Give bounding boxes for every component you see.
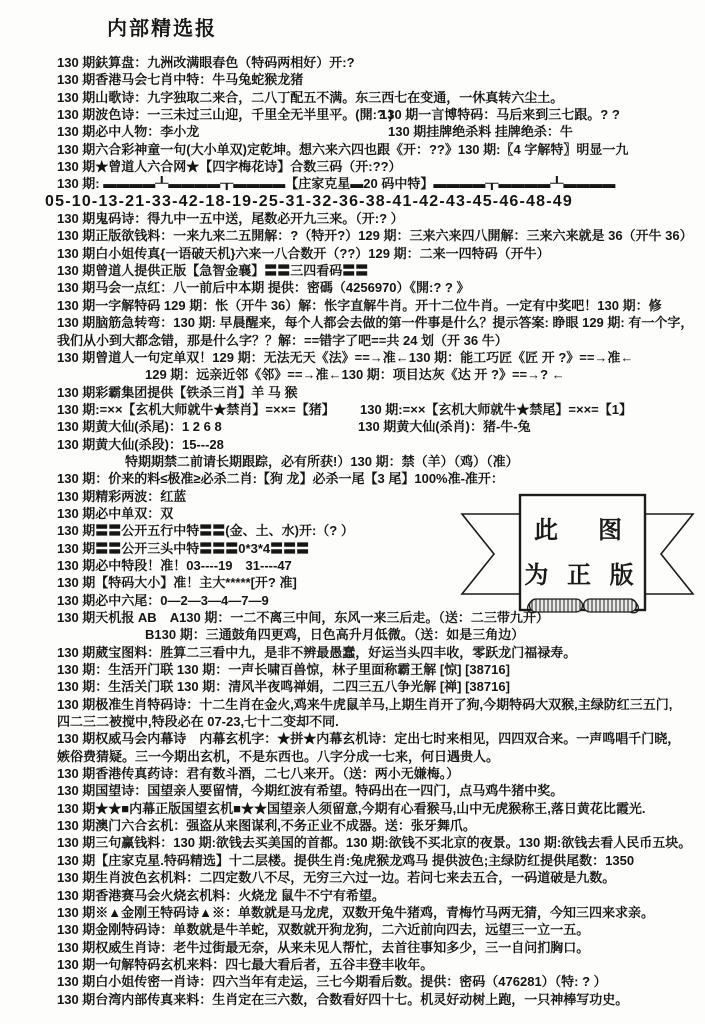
line-text: 130 期白小姐传密一肖诗：四六当年有走运，三七今期看后数。提供：密码（4762… (57, 974, 607, 989)
line-text: 130 期一句解特码玄机来料：四七最大看后者，五谷丰登丰收年。 (57, 957, 433, 972)
line-text: 05-10-13-21-33-42-18-19-25-31-32-36-38-4… (45, 193, 573, 210)
report-line: 130 期：价来的料≤极准≥必杀二肖:【狗 龙】必杀一尾【3 尾】100%准-准… (57, 470, 705, 487)
report-line: 130 期曾道人一句定单双！129 期：无法无天《法》==→准←130 期：能工… (57, 349, 705, 366)
line-text-right: 130 期:=××【玄机大师就牛★禁尾】=××=【1】 (360, 401, 632, 418)
line-text: 130 期:=××【玄机大师就牛★禁肖】=××=【猪】 (57, 402, 335, 417)
line-text: 130 期香港传真药诗：君有数斗酒，二七八来开。（送：两小无嫌梅。） (57, 766, 459, 781)
line-text: 130 期金刚特码诗：单数就是牛羊蛇，双数就开狗龙狗，二六近前向四去，远望三一立… (57, 922, 589, 937)
line-text: 130 期权威马会内幕诗 内幕玄机字：★拼★内幕玄机诗：定出七时来相见，四四双合… (57, 731, 680, 746)
line-text: 130 期★★■内幕正版国望玄机■★★国望亲人须留意,今期有心看猴马,山中无虎猴… (57, 801, 645, 816)
report-page: 内部精选报 130 期鈇算盘：九洲改满眼春色（特码两相好）开:?130 期香港马… (0, 0, 705, 1024)
report-line: 130 期六合彩神童一句(大小单双)定乾坤。想六来六四也跟《开：??》130 期… (57, 141, 705, 158)
line-text-right: 130 期一言博特码：马后来到三七跟。? ? (380, 106, 620, 123)
report-line: 130 期权威马会内幕诗 内幕玄机字：★拼★内幕玄机诗：定出七时来相见，四四双合… (57, 730, 705, 747)
line-text: 130 期【庄家克星.特码精选】十二层楼。提供生肖:兔虎猴龙鸡马 提供波色;主绿… (57, 853, 634, 868)
line-text: 130 期正版欲钱料：一来九来二五開解：?（特开?）129 期：三来六来四八開解… (57, 228, 693, 243)
line-text: 129 期：远亲近邻《邻》==→准←130 期：项目达灰《达 开 ?》==→? … (145, 367, 565, 382)
line-text: 130 期权威生肖诗：老牛过街最无奈，从来未见人帮忙，去首往事知多少，三一自问扪… (57, 940, 589, 955)
line-text: 130 期必中单双：双 (57, 506, 173, 521)
report-line: 130 期葳宝图料：胜算二三看中九，是非不辨最愚蠢，好运当头四丰收，零跃龙门福禄… (57, 644, 705, 661)
report-line: 130 期黄大仙(杀尾)：1 2 6 8130 期黄大仙(杀肖)：猪-牛-兔 (57, 418, 705, 435)
report-line: 130 期三句赢钱料：130 期:欲钱去买美国的首都。130 期:欲钱不买北京的… (57, 834, 705, 851)
line-text: 130 期波色诗：一三未过三山迎，千里全无半里平。(開:? ) (57, 107, 393, 122)
report-line: 130 期黄大仙(杀段)：15---28 (57, 436, 705, 453)
report-line: 130 期※▲金刚王特码诗▲※：单数就是马龙虎，双数开兔牛猪鸡，青梅竹马两无猜，… (57, 904, 705, 921)
line-text: 130 期必中六尾：0—2—3—4—7—9 (57, 593, 269, 608)
report-line: 130 期曾道人提供正版【急智金襄】〓〓三四看码〓〓 (57, 262, 705, 279)
line-text-right: 130 期挂牌绝杀料 挂牌绝杀：牛 (388, 123, 573, 140)
line-text: 130 期黄大仙(杀段)：15---28 (57, 437, 224, 452)
report-line: 130 期★★■内幕正版国望玄机■★★国望亲人须留意,今期有心看猴马,山中无虎猴… (57, 800, 705, 817)
report-line: 130 期台湾内部传真来料：生肖定在三六数，合数看好四十七。机灵好动树上跑，一只… (57, 991, 705, 1008)
line-text: 嫉俗费猜疑。三一今期出玄机，不是东西也。八字分成一七来，何日遇贵人。 (57, 749, 499, 764)
report-line: 130 期白小姐传密一肖诗：四六当年有走运，三七今期看后数。提供：密码（4762… (57, 973, 705, 990)
line-text: 130 期六合彩神童一句(大小单双)定乾坤。想六来六四也跟《开：??》130 期… (57, 142, 628, 157)
report-line: 130 期香港赛马会火烧玄机料：火烧龙 鼠牛不宁有希望。 (57, 887, 705, 904)
report-line: 130 期正版欲钱料：一来九来二五開解：?（特开?）129 期：三来六来四八開解… (57, 227, 705, 244)
report-line: 130 期: ▬▬▬▬┸▬▬▬▬┰▬▬▬▬【庄家克星▬20 码中特】▬▬▬▬┰▬… (57, 175, 705, 192)
line-text: 130 期※▲金刚王特码诗▲※：单数就是马龙虎，双数开兔牛猪鸡，青梅竹马两无猜，… (57, 905, 654, 920)
report-line: 130 期极准生肖特码诗：十二生肖在金火,鸡来牛虎鼠羊马,上期生肖开了狗,今期特… (57, 696, 705, 713)
line-text: 130 期: ▬▬▬▬┸▬▬▬▬┰▬▬▬▬【庄家克星▬20 码中特】▬▬▬▬┰▬… (57, 176, 615, 191)
report-line: 130 期生肖波色玄机料：二四定数八不尽，无穷三六过一边。若问七来去五合，一码道… (57, 869, 705, 886)
report-line: 130 期★曾道人六合网★【四字梅花诗】合数三码（开:??） (57, 158, 705, 175)
report-line: 130 期：生活开门联 130 期：一声长啸百兽惊，林子里面称霸王解 [惊] [… (57, 661, 705, 678)
line-text-right: 130 期黄大仙(杀肖)：猪-牛-兔 (358, 418, 531, 435)
line-text: 130 期脑筋急转弯：130 期: 早晨醒来，每个人都会去做的第一件事是什么？提… (57, 315, 693, 330)
ribbon-curl-left (530, 599, 583, 612)
line-text: 130 期★曾道人六合网★【四字梅花诗】合数三码（开:??） (57, 159, 402, 174)
line-text: 130 期三句赢钱料：130 期:欲钱去买美国的首都。130 期:欲钱不买北京的… (57, 835, 691, 850)
ribbon-graphic: 此 图 为 正 版 (450, 490, 705, 630)
ribbon-panel (520, 495, 645, 610)
line-text: 130 期白小姐传真{一语破天机}六来一八合数开（??）129 期：二来一四特码… (57, 246, 550, 261)
report-line: 130 期彩霸集团提供【铁杀三肖】羊 马 猴 (57, 384, 705, 401)
page-title: 内部精选报 (107, 12, 217, 41)
report-line: 特期期禁二前请长期跟踪，必有所获!）130 期：禁（羊）（鸡）（准） (57, 453, 705, 470)
report-line: 130 期马会一点红：八一前后中本期 提供：密碼（4256970）《開:? ? … (57, 279, 705, 296)
line-text: 130 期马会一点红：八一前后中本期 提供：密碼（4256970）《開:? ? … (57, 280, 469, 295)
report-line: 130 期国望诗：国望亲人要留情，今期红波有希望。特码出在一四门，点马鸡牛猪中奖… (57, 782, 705, 799)
line-text: 我们从小到大都念错，那是什么字？？解：==错字了吧==共 24 划（开 36 牛… (57, 333, 508, 348)
line-text: 130 期【特码大小】准！主大*****[开? 准] (57, 575, 297, 590)
report-line: 我们从小到大都念错，那是什么字？？解：==错字了吧==共 24 划（开 36 牛… (57, 332, 705, 349)
report-line: 130 期【庄家克星.特码精选】十二层楼。提供生肖:兔虎猴龙鸡马 提供波色;主绿… (57, 852, 705, 869)
report-line: 130 期鬼码诗：得九中一五中送，尾数必开九三来。（开:? ） (57, 210, 705, 227)
line-text: 130 期一字解特码 129 期：怅（开牛 36）解：怅字直解牛肖。开十二位牛肖… (57, 298, 662, 313)
line-text: 130 期山歌诗：九字独取二来合，二八丁配五不满。东三西七在变通，一休真转六尘土… (57, 90, 563, 105)
line-text: 130 期曾道人一句定单双！129 期：无法无天《法》==→准←130 期：能工… (57, 350, 633, 365)
line-text: 130 期生肖波色玄机料：二四定数八不尽，无穷三六过一边。若问七来去五合，一码道… (57, 870, 615, 885)
line-text: 四二三二被搅中,特段必在 07-23,七十二变却不同. (57, 714, 339, 729)
report-line: 130 期必中人物：李小龙130 期挂牌绝杀料 挂牌绝杀：牛 (57, 123, 705, 140)
report-line: 130 期:=××【玄机大师就牛★禁肖】=××=【猪】130 期:=××【玄机大… (57, 401, 705, 418)
authenticity-ribbon: 此 图 为 正 版 (450, 490, 705, 630)
report-line: 130 期香港马会七肖中特：牛马兔蛇猴龙猪 (57, 71, 705, 88)
line-text: 130 期葳宝图料：胜算二三看中九，是非不辨最愚蠢，好运当头四丰收，零跃龙门福禄… (57, 645, 576, 660)
report-line: 130 期鈇算盘：九洲改满眼春色（特码两相好）开:? (57, 54, 705, 71)
line-text: 130 期〓〓公开五行中特〓〓(金、土、水)开:（? ） (57, 523, 354, 538)
report-line: 130 期香港传真药诗：君有数斗酒，二七八来开。（送：两小无嫌梅。） (57, 765, 705, 782)
report-line: 嫉俗费猜疑。三一今期出玄机，不是东西也。八字分成一七来，何日遇贵人。 (57, 748, 705, 765)
line-text: 130 期香港马会七肖中特：牛马兔蛇猴龙猪 (57, 72, 303, 87)
report-line: 130 期金刚特码诗：单数就是牛羊蛇，双数就开狗龙狗，二六近前向四去，远望三一立… (57, 921, 705, 938)
line-text: 特期期禁二前请长期跟踪，必有所获!）130 期：禁（羊）（鸡）（准） (125, 454, 519, 469)
line-text: 130 期鬼码诗：得九中一五中送，尾数必开九三来。（开:? ） (57, 211, 404, 226)
line-text: 130 期：生活开门联 130 期：一声长啸百兽惊，林子里面称霸王解 [惊] [… (57, 662, 510, 677)
line-text: 130 期澳门六合玄机：强盗从来图谋利,不务正业不成器。送：张牙舞爪。 (57, 818, 476, 833)
line-text: 130 期必中人物：李小龙 (57, 124, 199, 139)
report-line: 130 期澳门六合玄机：强盗从来图谋利,不务正业不成器。送：张牙舞爪。 (57, 817, 705, 834)
line-text: 130 期〓〓公开三头中特〓〓〓0*3*4〓〓〓 (57, 541, 309, 556)
report-line: 129 期：远亲近邻《邻》==→准←130 期：项目达灰《达 开 ?》==→? … (57, 366, 705, 383)
line-text: 130 期极准生肖特码诗：十二生肖在金火,鸡来牛虎鼠羊马,上期生肖开了狗,今期特… (57, 697, 672, 712)
ribbon-text-line2: 为 正 版 (524, 562, 639, 589)
report-line: 130 期脑筋急转弯：130 期: 早晨醒来，每个人都会去做的第一件事是什么？提… (57, 314, 705, 331)
report-line: 130 期白小姐传真{一语破天机}六来一八合数开（??）129 期：二来一四特码… (57, 245, 705, 262)
report-line: 130 期一句解特码玄机来料：四七最大看后者，五谷丰登丰收年。 (57, 956, 705, 973)
ribbon-text-line1: 此 图 (534, 517, 630, 544)
line-text: 130 期：生活关门联 130 期：清风半夜鸣禅娟，二四三五八争光解 [禅] [… (57, 679, 510, 694)
report-line: 四二三二被搅中,特段必在 07-23,七十二变却不同. (57, 713, 705, 730)
report-line: 05-10-13-21-33-42-18-19-25-31-32-36-38-4… (45, 193, 705, 210)
line-text: 130 期台湾内部传真来料：生肖定在三六数，合数看好四十七。机灵好动树上跑，一只… (57, 992, 628, 1007)
report-line: 130 期山歌诗：九字独取二来合，二八丁配五不满。东三西七在变通，一休真转六尘土… (57, 89, 705, 106)
line-text: 130 期彩霸集团提供【铁杀三肖】羊 马 猴 (57, 385, 298, 400)
line-text: 130 期香港赛马会火烧玄机料：火烧龙 鼠牛不宁有希望。 (57, 888, 385, 903)
line-text: 130 期曾道人提供正版【急智金襄】〓〓三四看码〓〓 (57, 263, 368, 278)
report-line: 130 期一字解特码 129 期：怅（开牛 36）解：怅字直解牛肖。开十二位牛肖… (57, 297, 705, 314)
report-line: 130 期波色诗：一三未过三山迎，千里全无半里平。(開:? )130 期一言博特… (57, 106, 705, 123)
line-text: 130 期鈇算盘：九洲改满眼春色（特码两相好）开:? (57, 55, 355, 70)
line-text: 130 期黄大仙(杀尾)：1 2 6 8 (57, 419, 222, 434)
ribbon-curl-right (584, 599, 637, 612)
report-line: 130 期权威生肖诗：老牛过街最无奈，从来未见人帮忙，去首往事知多少，三一自问扪… (57, 939, 705, 956)
ribbon-left-tail (462, 514, 528, 594)
line-text: 130 期必中特段！准！03----19 31----47 (57, 558, 292, 573)
line-text: 130 期：价来的料≤极准≥必杀二肖:【狗 龙】必杀一尾【3 尾】100%准-准… (57, 471, 504, 486)
line-text: 130 期国望诗：国望亲人要留情，今期红波有希望。特码出在一四门，点马鸡牛猪中奖… (57, 783, 563, 798)
line-text: 130 期精彩两波：红蓝 (57, 489, 186, 504)
report-line: 130 期：生活关门联 130 期：清风半夜鸣禅娟，二四三五八争光解 [禅] [… (57, 678, 705, 695)
